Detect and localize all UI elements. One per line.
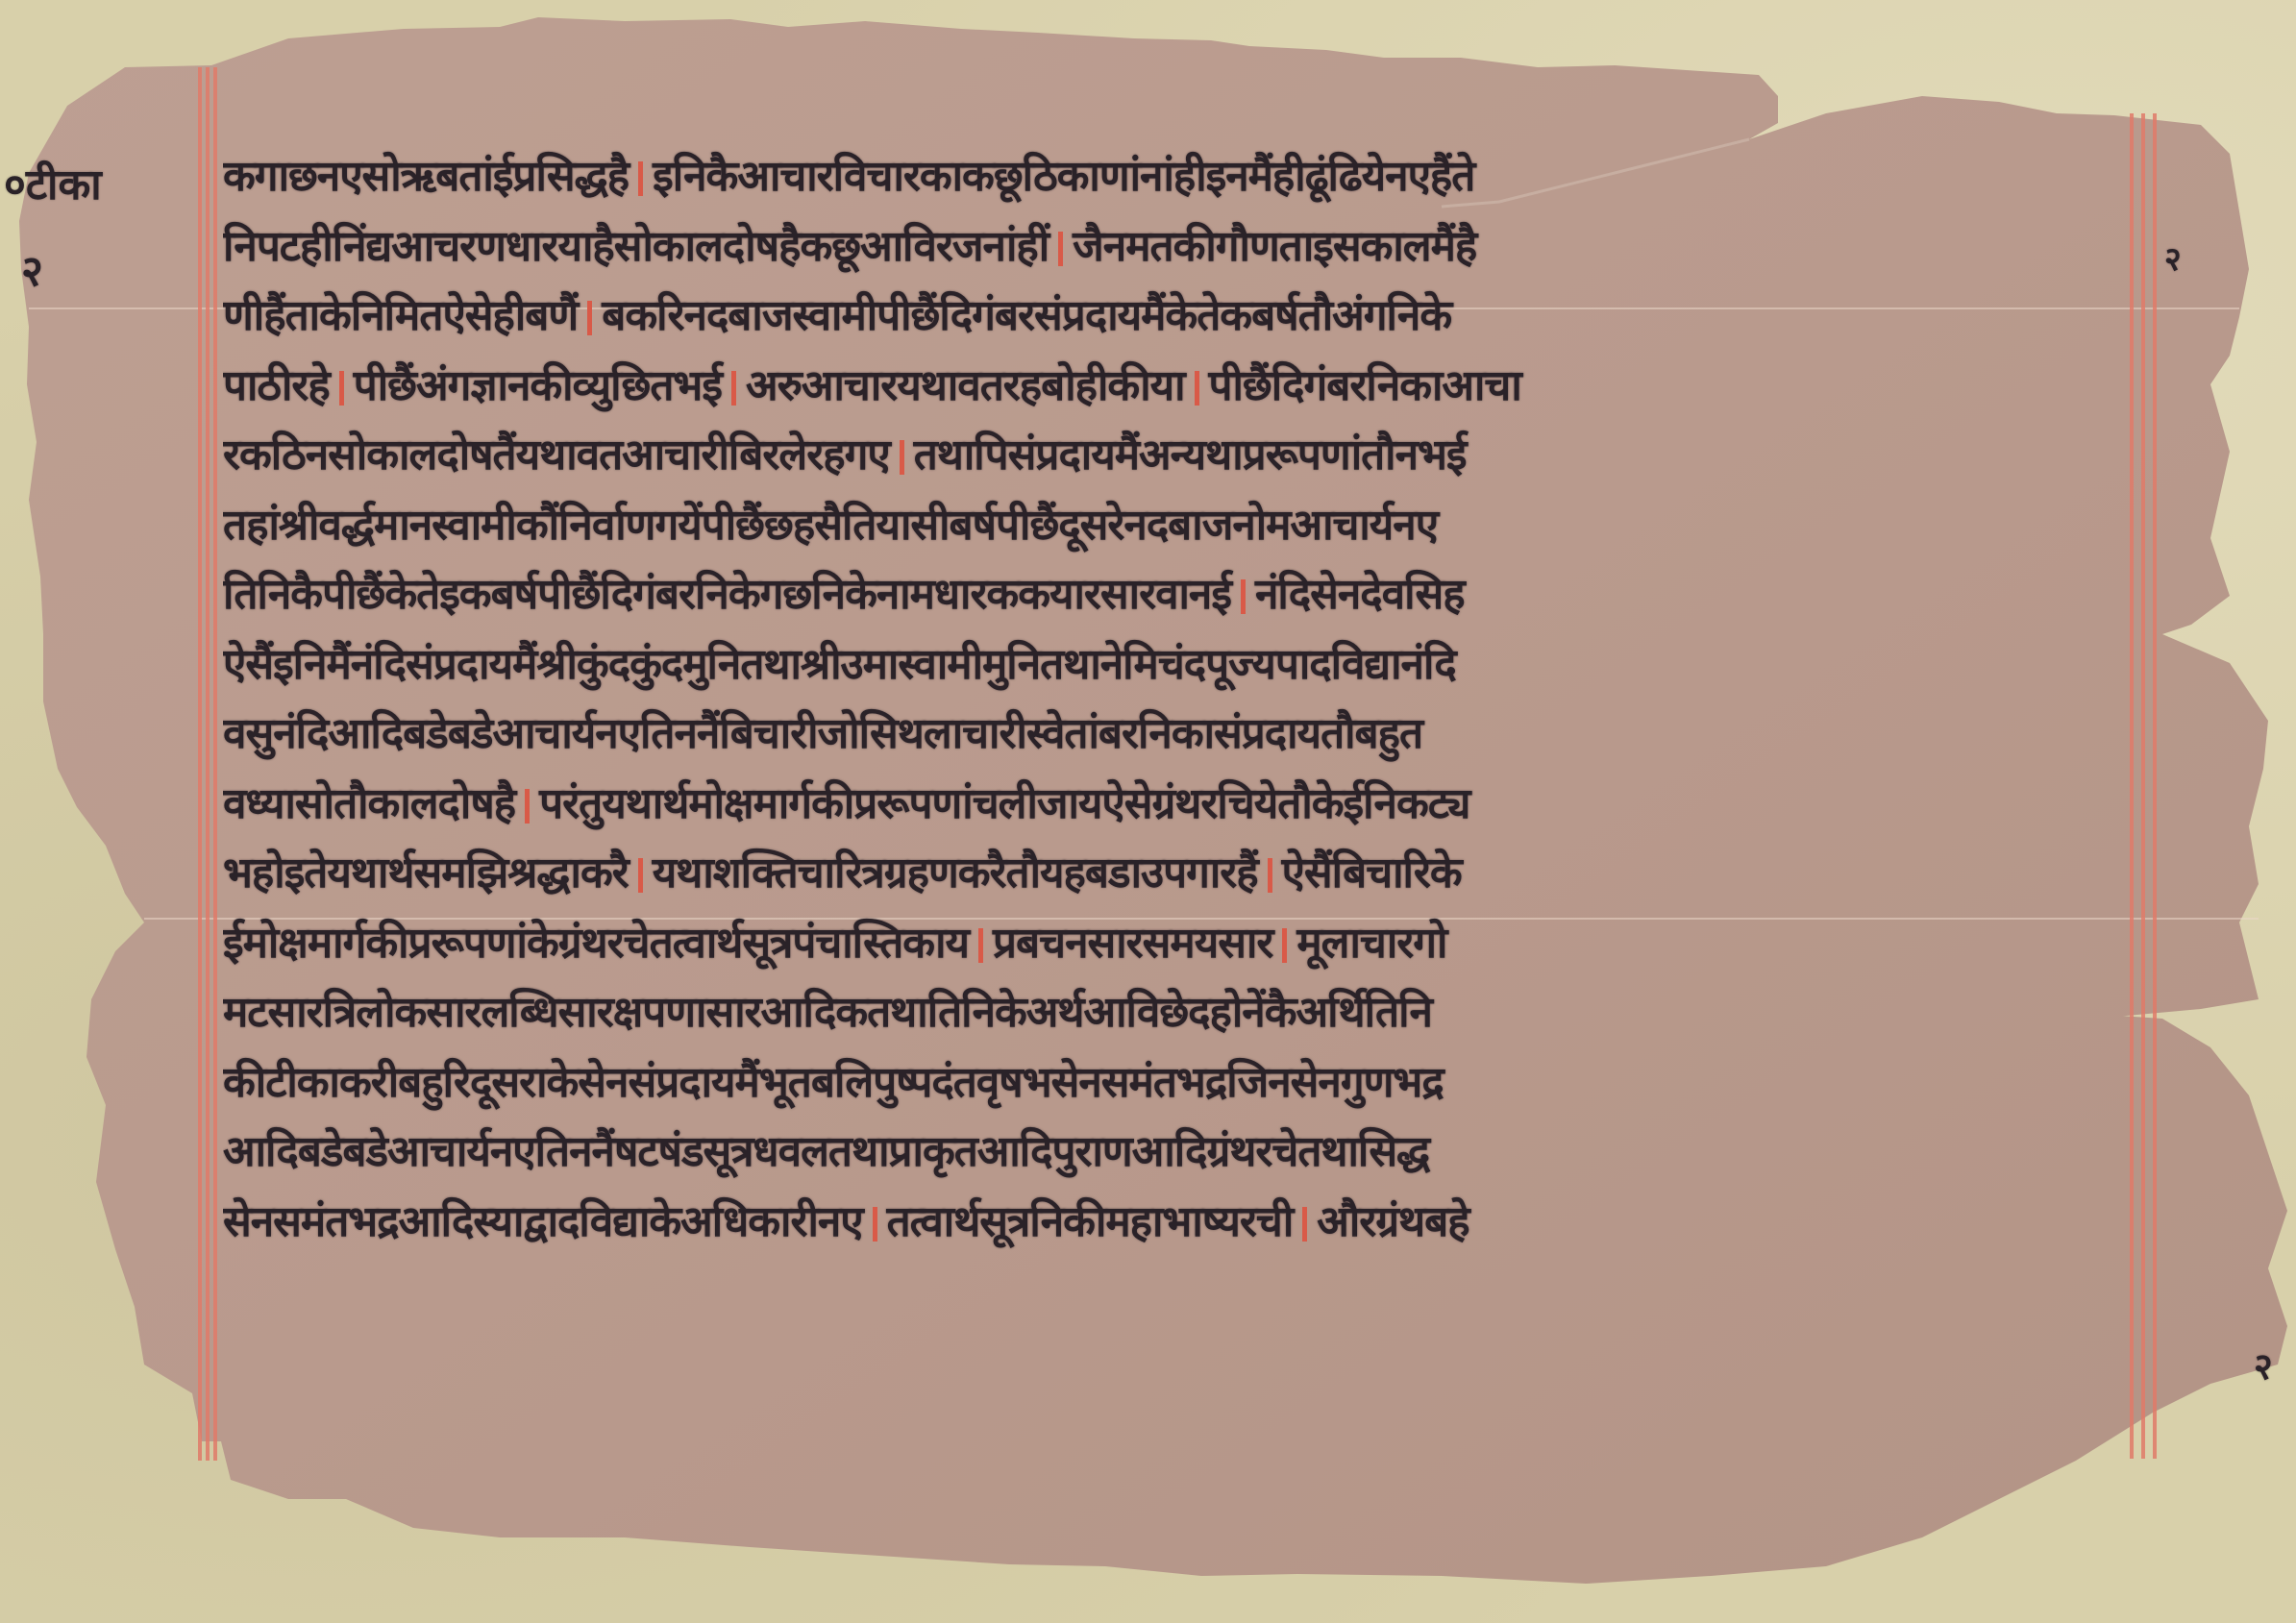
text-line-11: भहोइतेयथार्थसमझिश्रद्धाकरैयथाशक्तिचारित्… [223,839,2136,909]
text-segment: भहोइतेयथार्थसमझिश्रद्धाकरै [223,848,629,898]
text-segment: पीछैंदिगंबरनिकाआचा [1209,361,1521,410]
text-line-16: सेनसमंतभद्रआदिस्याद्वादविद्याकेअधिकारीनए… [223,1188,2136,1258]
red-danda-mark [873,1207,877,1242]
text-segment: निपटहीनिंद्यआचरणधारयाहैसोकालदोषहैकछूआविर… [223,222,1049,271]
red-danda-mark [1302,1207,1307,1242]
text-line-9: वसुनंदिआदिबडेबडेआचार्यनएतिननैंबिचारीजोसि… [223,700,2136,770]
text-segment: तिनिकैपीछैंकेतेइकबर्षपीछैंदिगंबरनिकेगछनि… [223,570,1231,619]
text-segment: पीछैंअंगज्ञानकीव्युछितभई [354,361,722,410]
text-segment: कगाछनएसोऋबतांईप्रसिद्धहै [223,152,629,201]
text-segment: तथापिसंप्रदायमैंअन्यथाप्ररूपणांतौनभई [914,430,1467,480]
right-margin-folio-number: २ [2254,1340,2273,1390]
text-segment: अरुआचारयथावतरहबोहीकीया [746,361,1185,410]
text-line-4: पाठीरहेपीछैंअंगज्ञानकीव्युछितभईअरुआचारयथ… [223,352,2136,422]
text-segment: रकठिनसोकालदोषतैंयथावतआचारीबिरलेरहगए [223,430,890,480]
red-danda-mark [638,858,643,893]
text-line-5: रकठिनसोकालदोषतैंयथावतआचारीबिरलेरहगएतथापि… [223,421,2136,491]
right-margin-line-marker: २ [2164,235,2182,280]
text-segment: नंदिसेनदेवसिह [1255,570,1465,619]
red-danda-mark [525,789,530,824]
left-margin-rule [213,67,217,1461]
text-segment: आदिबडेबडेआचार्यनएतिननैंषटषंडसूत्रधवलतथाप… [223,1127,1429,1176]
manuscript-text-block: कगाछनएसोऋबतांईप्रसिद्धहैइनिकैआचारविचारका… [223,142,2136,1257]
text-line-10: वध्यासोतौकालदोषहैपरंतुयथार्थमोक्षमार्गकी… [223,770,2136,840]
text-line-6: तहांश्रीवर्द्धमानस्वामीकौंनिर्वाणगयेंपीछ… [223,491,2136,561]
red-danda-mark [1058,232,1063,266]
right-margin-rule [2153,113,2157,1459]
manuscript-folio: ०टीका २ २ २ कगाछनएसोऋबतांईप्रसिद्धहैइनिक… [0,0,2296,1623]
text-segment: पाठीरहे [223,361,330,410]
text-segment: सेनसमंतभद्रआदिस्याद्वादविद्याकेअधिकारीनए [223,1197,863,1246]
red-danda-mark [1268,858,1272,893]
text-line-12: ईमोक्षमार्गकीप्ररूपणांकेग्रंथरचेतत्वार्थ… [223,909,2136,979]
text-segment: मूलाचारगो [1296,919,1446,968]
text-segment: ऐसैंबिचारिके [1282,848,1462,898]
left-margin-rule [206,67,210,1461]
text-segment: परंतुयथार्थमोक्षमार्गकीप्ररूपणांचलीजायऐस… [539,779,1469,828]
red-danda-mark [978,928,983,963]
text-segment: यथाशक्तिचारित्रग्रहणकरैतौयहबडाउपगारहैं [653,848,1258,898]
text-segment: प्रबचनसारसमयसार [993,919,1272,968]
text-line-7: तिनिकैपीछैंकेतेइकबर्षपीछैंदिगंबरनिकेगछनि… [223,560,2136,630]
red-danda-mark [1195,371,1199,406]
red-danda-mark [638,161,643,196]
red-danda-mark [900,440,904,475]
red-danda-mark [1241,579,1246,614]
text-line-8: ऐसैंइनिमैंनंदिसंप्रदायमैंश्रीकुंदकुंदमुन… [223,630,2136,701]
text-segment: मटसारत्रिलोकसारलब्धिसारक्षपणासारआदिकतथात… [223,988,1432,1037]
red-danda-mark [339,371,344,406]
text-segment: बकरिनदबाजस्वामीपीछैंदिगंबरसंप्रदायमैंकेत… [602,291,1451,340]
text-segment: जैनमतकीगौणताइसकालमैंहै [1073,222,1476,271]
left-margin-folio-number: २ [21,240,43,298]
text-segment: इनिकैआचारविचारकाकछूठिकाणांनांहीइनमैंहीढू… [653,152,1474,201]
text-segment: तत्वार्थसूत्रनिकीमहाभाष्यरची [887,1197,1294,1246]
text-line-1: कगाछनएसोऋबतांईप्रसिद्धहैइनिकैआचारविचारका… [223,142,2136,212]
red-danda-mark [731,371,736,406]
text-line-14: कीटीकाकरीबहुरिदूसराकेसेनसंप्रदायमैंभूतबल… [223,1048,2136,1119]
text-line-15: आदिबडेबडेआचार्यनएतिननैंषटषंडसूत्रधवलतथाप… [223,1118,2136,1188]
left-margin-title: ०टीका [4,154,102,211]
text-line-3: णीहैंताकेनिमितऐसेहीबणैंबकरिनदबाजस्वामीपी… [223,282,2136,352]
text-segment: वसुनंदिआदिबडेबडेआचार्यनएतिननैंबिचारीजोसि… [223,709,1422,758]
text-segment: कीटीकाकरीबहुरिदूसराकेसेनसंप्रदायमैंभूतबल… [223,1058,1444,1107]
text-segment: वध्यासोतौकालदोषहै [223,779,515,828]
right-margin-rule [2141,113,2145,1459]
text-segment: औरग्रंथबहे [1317,1197,1469,1246]
text-line-13: मटसारत्रिलोकसारलब्धिसारक्षपणासारआदिकतथात… [223,978,2136,1048]
red-danda-mark [1282,928,1287,963]
text-line-2: निपटहीनिंद्यआचरणधारयाहैसोकालदोषहैकछूआविर… [223,212,2136,283]
text-segment: तहांश्रीवर्द्धमानस्वामीकौंनिर्वाणगयेंपीछ… [223,501,1438,550]
text-segment: णीहैंताकेनिमितऐसेहीबणैं [223,291,578,340]
text-segment: ईमोक्षमार्गकीप्ररूपणांकेग्रंथरचेतत्वार्थ… [223,919,969,968]
text-segment: ऐसैंइनिमैंनंदिसंप्रदायमैंश्रीकुंदकुंदमुन… [223,640,1456,689]
red-danda-mark [587,301,592,335]
left-margin-rule [198,67,202,1461]
